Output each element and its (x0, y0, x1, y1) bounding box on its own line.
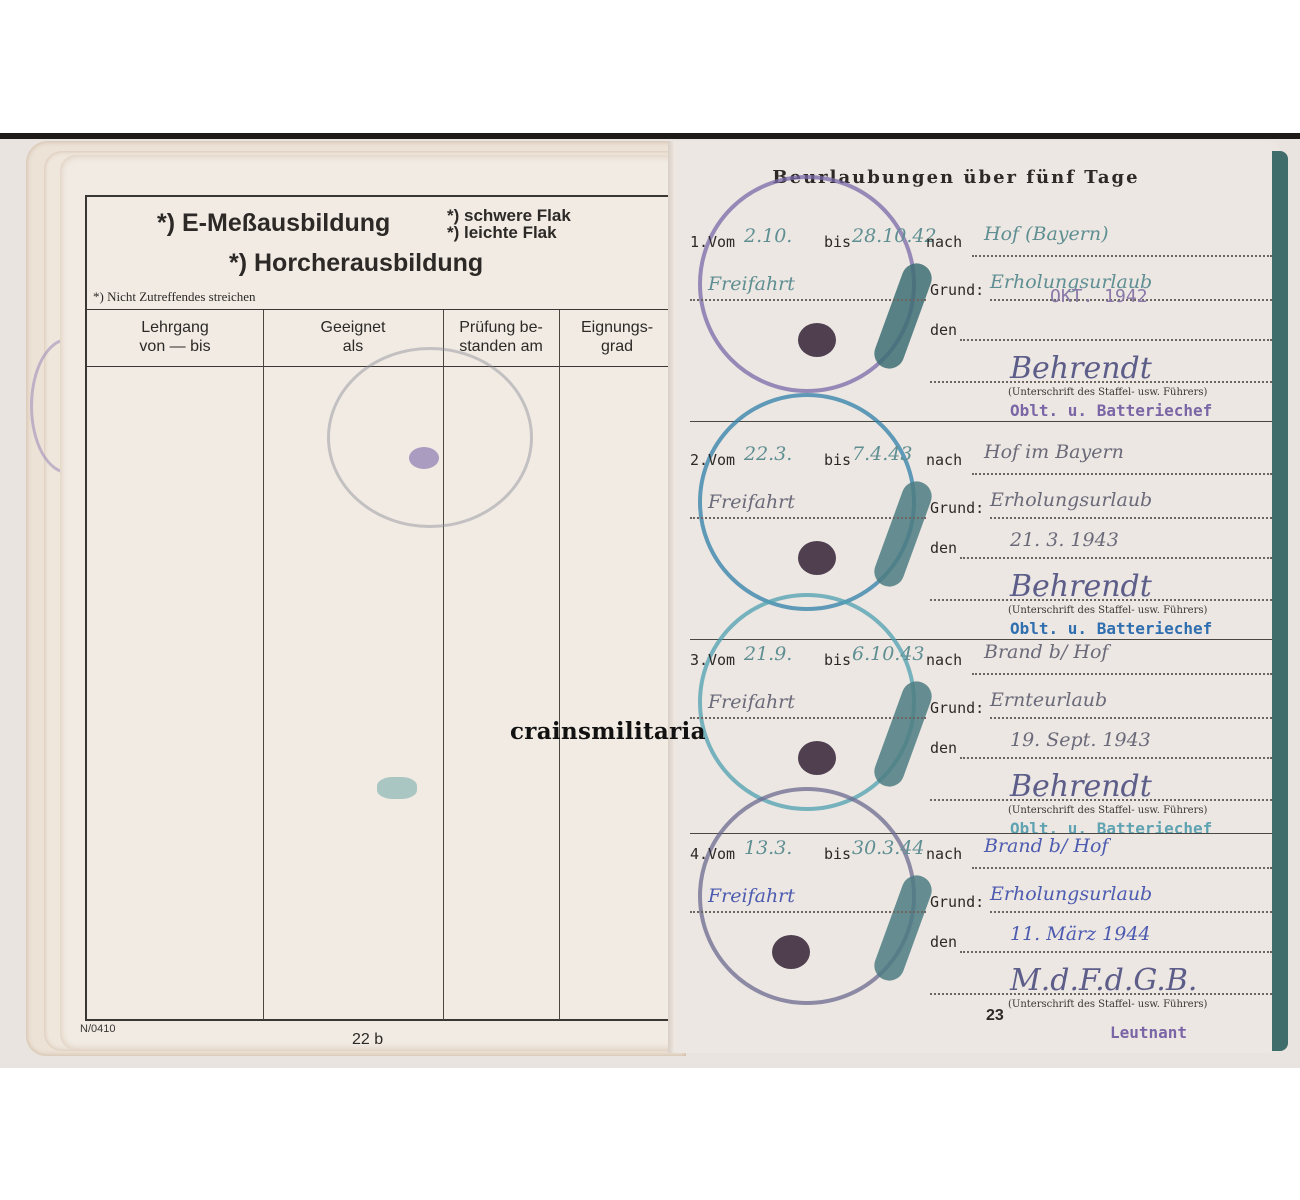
label-bis: bis (824, 233, 851, 251)
travel-mode: Freifahrt (708, 885, 795, 907)
destination: Brand b/ Hof (984, 835, 1108, 857)
rank-stamp: Leutnant (1110, 1023, 1187, 1042)
column-divider (559, 310, 560, 1020)
dotted-line (990, 717, 1272, 719)
dotted-line (990, 911, 1272, 913)
left-page: *) E-Meßausbildung *) schwere Flak *) le… (60, 155, 680, 1050)
training-form: *) E-Meßausbildung *) schwere Flak *) le… (85, 195, 677, 1021)
date-from: 22.3. (744, 443, 792, 465)
signature-caption: (Unterschrift des Staffel- usw. Führers) (1008, 999, 1207, 1010)
date-to: 28.10.42 (852, 225, 937, 247)
dotted-line (930, 381, 1272, 383)
header-text: grad (559, 337, 675, 356)
dotted-line (690, 517, 926, 519)
entry-number: 2. (690, 451, 708, 469)
page-number-left: 22 b (352, 1031, 383, 1049)
option-leichte-flak: *) leichte Flak (447, 224, 571, 241)
dotted-line (972, 673, 1272, 675)
dotted-line (690, 299, 926, 301)
page-number-right: 23 (986, 1007, 1004, 1025)
dotted-line (930, 799, 1272, 801)
header-text: Geeignet (263, 318, 443, 337)
label-grund: Grund: (930, 699, 984, 717)
ink-smudge (377, 777, 417, 799)
dotted-line (972, 867, 1272, 869)
flak-options: *) schwere Flak *) leichte Flak (447, 207, 571, 241)
reason: Erholungsurlaub (990, 489, 1152, 511)
label-bis: bis (824, 651, 851, 669)
stamp-center (798, 741, 836, 775)
label-vom: Vom (708, 651, 735, 669)
label-den: den (930, 933, 957, 951)
scan-border (0, 133, 1300, 139)
signature-caption: (Unterschrift des Staffel- usw. Führers) (1008, 805, 1207, 816)
date-to: 30.3.44 (852, 837, 925, 859)
signature-caption: (Unterschrift des Staffel- usw. Führers) (1008, 387, 1207, 398)
header-text: von — bis (87, 337, 263, 356)
reason: Ernteurlaub (990, 689, 1107, 711)
stamp-center (772, 935, 810, 969)
dotted-line (690, 717, 926, 719)
label-grund: Grund: (930, 893, 984, 911)
entry-number: 4. (690, 845, 708, 863)
title-e-messausbildung: *) E-Meßausbildung (157, 209, 390, 238)
header-text: Prüfung be- (443, 318, 559, 337)
header-text: Eignungs- (559, 318, 675, 337)
dotted-line (972, 473, 1272, 475)
travel-mode: Freifahrt (708, 273, 795, 295)
cover-edge (1272, 151, 1288, 1051)
dotted-line (960, 339, 1272, 341)
title-horcherausbildung: *) Horcherausbildung (229, 249, 483, 278)
entry-number: 1. (690, 233, 708, 251)
stamp-center (798, 323, 836, 357)
label-vom: Vom (708, 845, 735, 863)
destination: Hof im Bayern (984, 441, 1124, 463)
dotted-line (972, 255, 1272, 257)
footnote: *) Nicht Zutreffendes streichen (93, 289, 256, 305)
label-bis: bis (824, 845, 851, 863)
label-den: den (930, 739, 957, 757)
header-eignungsgrad: Eignungs- grad (559, 318, 675, 356)
issue-date: 11. März 1944 (1010, 923, 1151, 945)
label-nach: nach (926, 845, 962, 863)
dotted-line (960, 757, 1272, 759)
date-from: 2.10. (744, 225, 792, 247)
option-schwere-flak: *) schwere Flak (447, 207, 571, 224)
date-from: 21.9. (744, 643, 792, 665)
reason: Erholungsurlaub (990, 883, 1152, 905)
rank-stamp: Oblt. u. Batteriechef (1010, 401, 1212, 420)
dotted-line (690, 911, 926, 913)
form-code: N/0410 (80, 1023, 115, 1035)
destination: Brand b/ Hof (984, 641, 1108, 663)
dotted-line (960, 557, 1272, 559)
destination: Hof (Bayern) (984, 223, 1109, 245)
faint-eagle-stamp (327, 347, 533, 528)
dotted-line (990, 517, 1272, 519)
label-vom: Vom (708, 233, 735, 251)
column-divider (263, 310, 264, 1020)
label-nach: nach (926, 451, 962, 469)
label-nach: nach (926, 233, 962, 251)
dotted-line (930, 993, 1272, 995)
label-den: den (930, 321, 957, 339)
header-lehrgang: Lehrgang von — bis (87, 318, 263, 356)
label-nach: nach (926, 651, 962, 669)
label-grund: Grund: (930, 281, 984, 299)
label-den: den (930, 539, 957, 557)
header-text: Lehrgang (87, 318, 263, 337)
issue-date: 19. Sept. 1943 (1010, 729, 1151, 751)
dotted-line (960, 951, 1272, 953)
date-stamp: OKT. 1942 (1050, 286, 1148, 307)
travel-mode: Freifahrt (708, 691, 795, 713)
issue-date: 21. 3. 1943 (1010, 529, 1119, 551)
document-scan: *) E-Meßausbildung *) schwere Flak *) le… (0, 133, 1300, 1068)
signature-caption: (Unterschrift des Staffel- usw. Führers) (1008, 605, 1207, 616)
stamp-center (409, 447, 439, 469)
stamp-center (798, 541, 836, 575)
rank-stamp: Oblt. u. Batteriechef (1010, 619, 1212, 638)
entry-number: 3. (690, 651, 708, 669)
date-to: 6.10.43 (852, 643, 925, 665)
watermark: crainsmilitaria (510, 718, 706, 745)
dotted-line (930, 599, 1272, 601)
right-page: Beurlaubungen über fünf Tage 1. Vom 2.10… (676, 141, 1282, 1053)
label-grund: Grund: (930, 499, 984, 517)
date-to: 7.4.43 (852, 443, 912, 465)
label-vom: Vom (708, 451, 735, 469)
travel-mode: Freifahrt (708, 491, 795, 513)
label-bis: bis (824, 451, 851, 469)
date-from: 13.3. (744, 837, 792, 859)
